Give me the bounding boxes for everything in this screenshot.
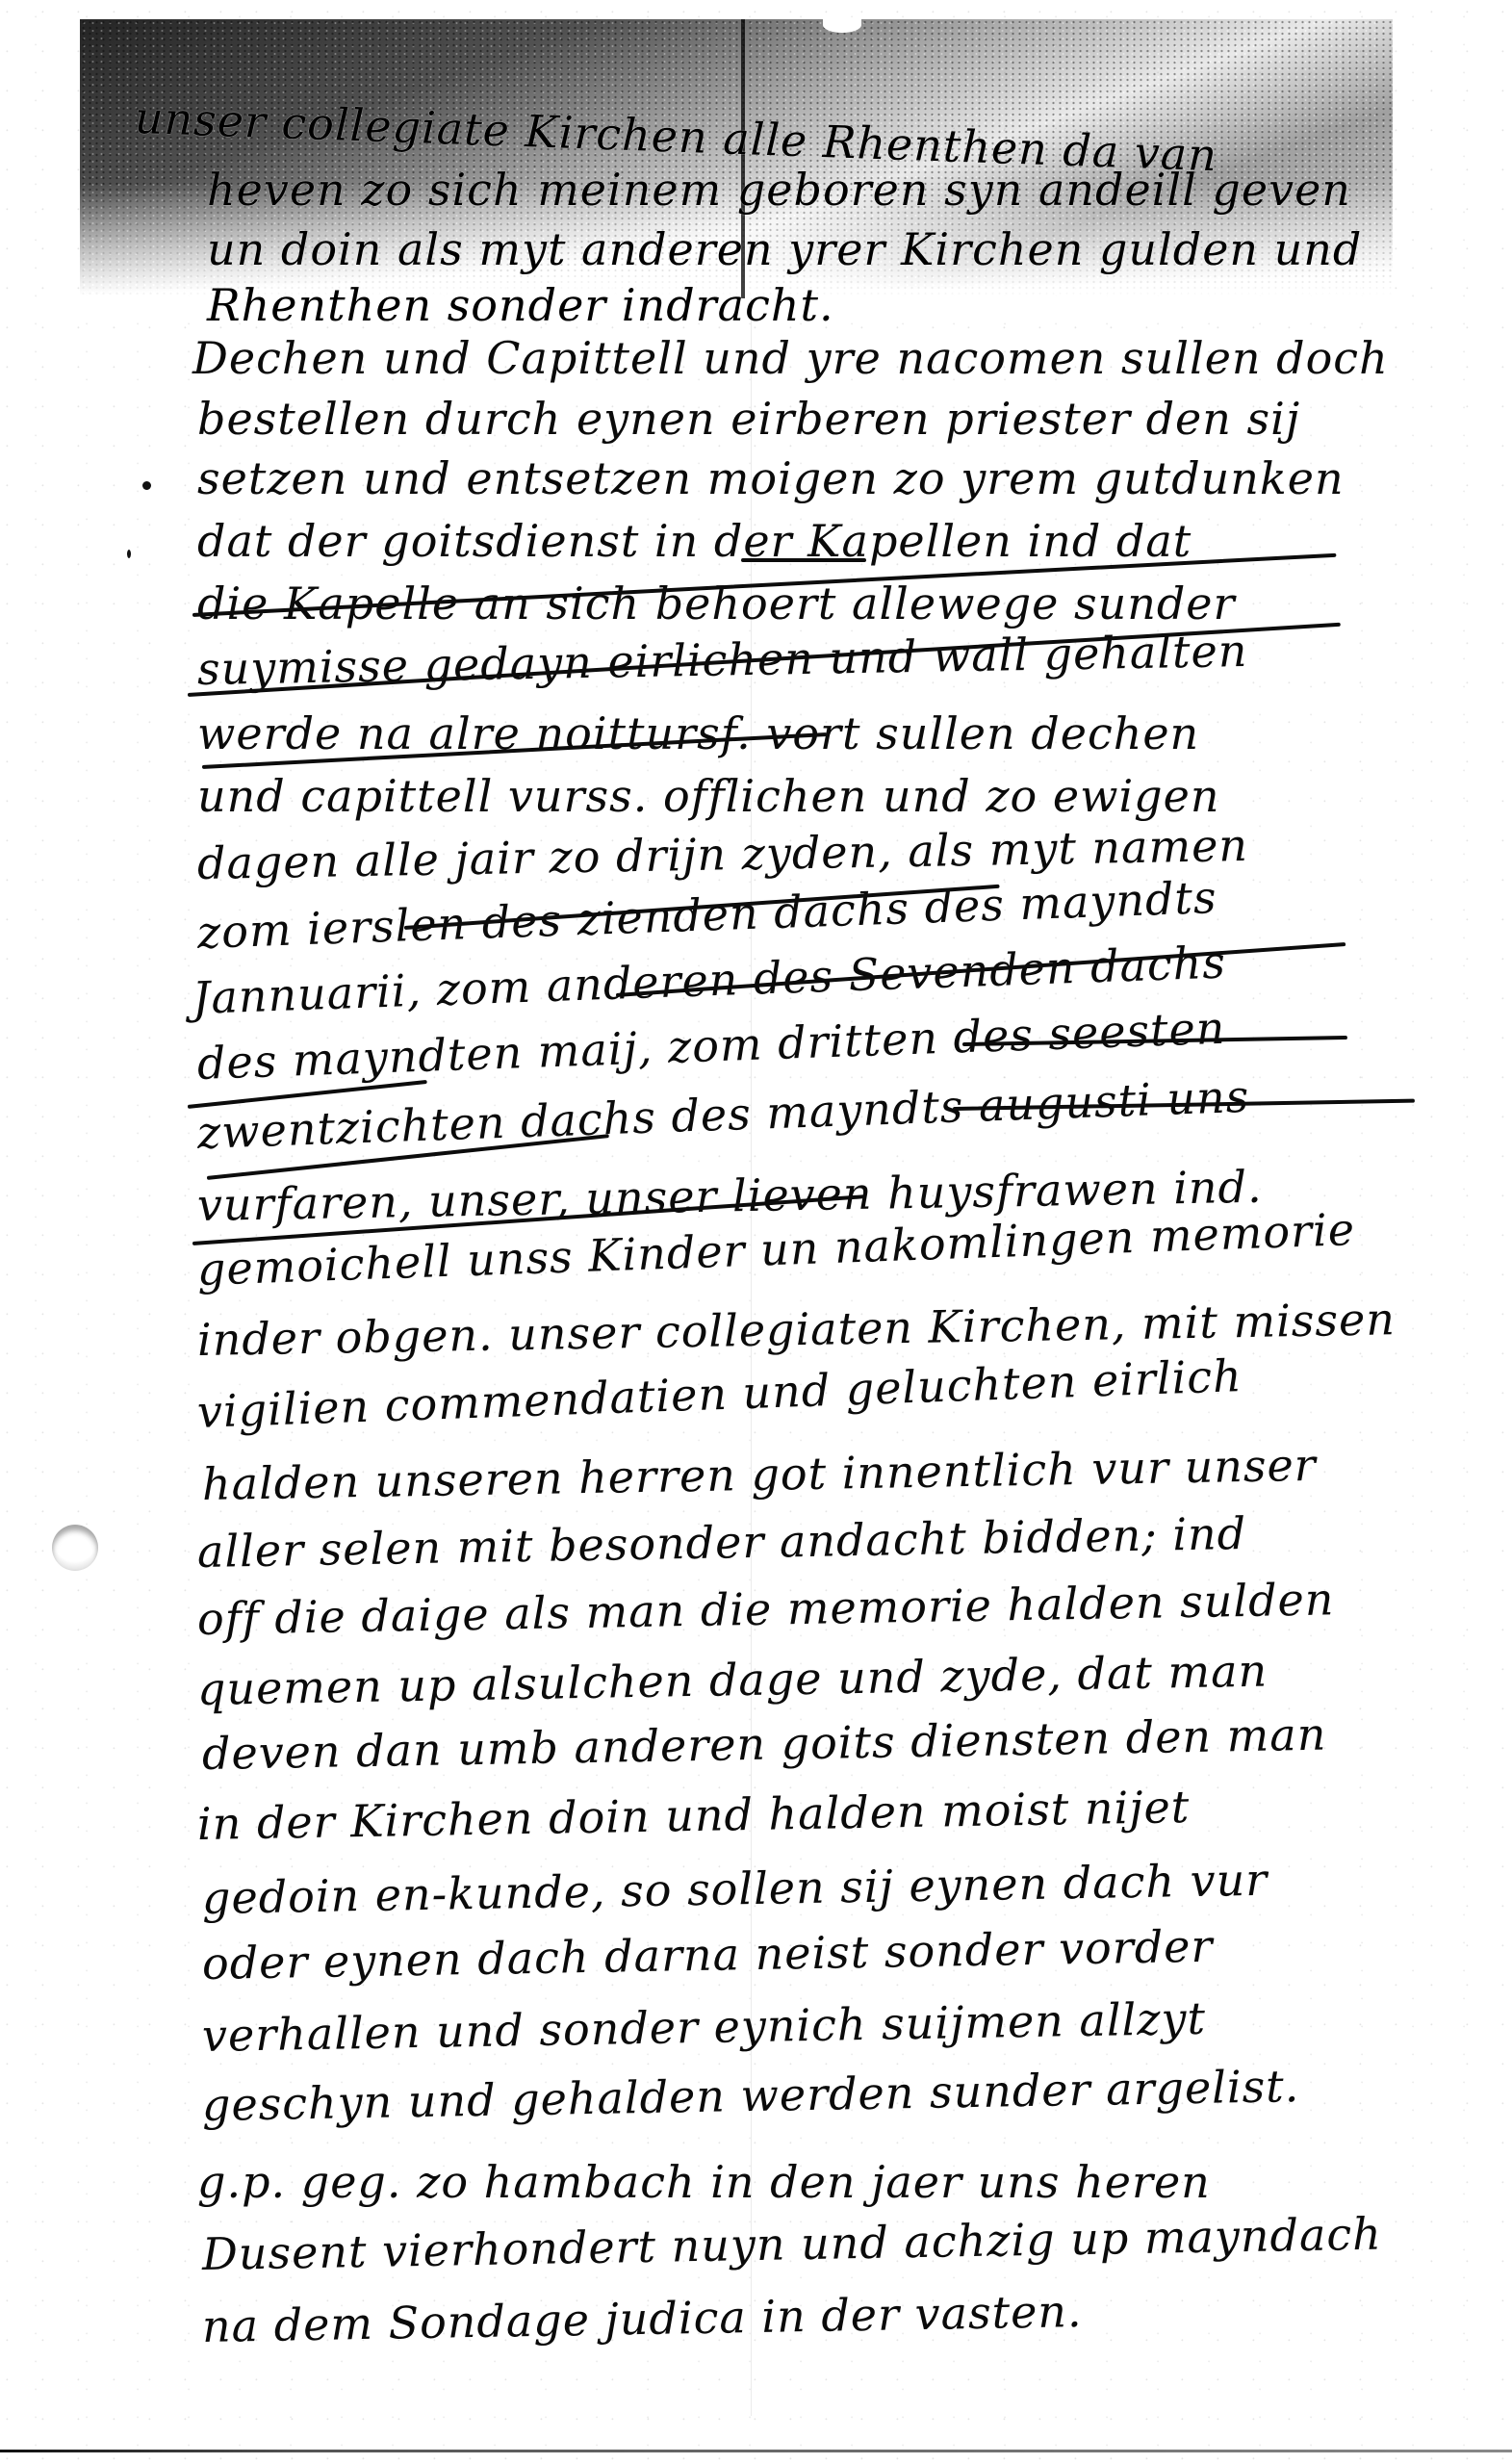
underline-stroke xyxy=(192,1194,865,1245)
underline-stroke xyxy=(202,732,827,769)
underline-stroke xyxy=(616,942,1345,997)
underline-stroke xyxy=(962,1036,1347,1046)
underline-stroke xyxy=(953,1099,1415,1111)
underline-stroke xyxy=(741,558,866,562)
underline-stroke xyxy=(192,553,1337,617)
underline-stroke xyxy=(404,885,1000,930)
underline-stroke xyxy=(207,1134,609,1180)
underline-stroke xyxy=(188,623,1341,697)
underline-stroke xyxy=(188,1080,427,1109)
underline-strokes xyxy=(0,0,1512,2464)
page-bottom-edge xyxy=(0,2450,1512,2452)
